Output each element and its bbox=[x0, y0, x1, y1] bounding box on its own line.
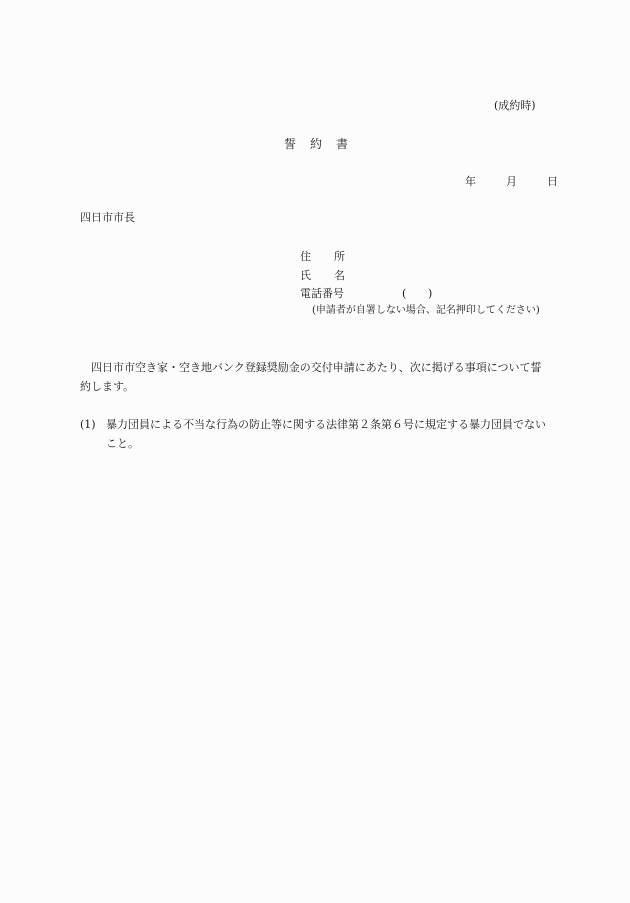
document-title: 誓約書 bbox=[284, 138, 348, 150]
timing-label: (成約時) bbox=[494, 100, 536, 111]
body-paragraph: 四日市市空き家・空き地バンク登録奨励金の交付申請にあたり、次に掲げる事項について… bbox=[80, 358, 550, 396]
address-label-1: 住 bbox=[300, 251, 311, 262]
title-char: 約 bbox=[310, 138, 322, 150]
name-label-1: 氏 bbox=[300, 270, 311, 281]
address-field: 住所 bbox=[300, 251, 345, 262]
year-label: 年 bbox=[465, 176, 476, 187]
addressee: 四日市市長 bbox=[80, 212, 135, 223]
name-label-2: 名 bbox=[334, 270, 345, 281]
title-char: 誓 bbox=[284, 138, 296, 150]
signature-note: (申請者が自署しない場合、記名押印してください) bbox=[312, 306, 540, 316]
title-char: 書 bbox=[336, 138, 348, 150]
phone-paren-open: ( bbox=[402, 288, 406, 299]
item-number: (1) bbox=[80, 415, 96, 434]
pledge-item: (1) 暴力団員による不当な行為の防止等に関する法律第２条第６号に規定する暴力団… bbox=[80, 415, 550, 453]
item-text: 暴力団員による不当な行為の防止等に関する法律第２条第６号に規定する暴力団員でない… bbox=[80, 415, 550, 453]
address-label-2: 所 bbox=[334, 251, 345, 262]
date-line: 年月日 bbox=[465, 176, 558, 187]
month-label: 月 bbox=[506, 176, 517, 187]
name-field: 氏名 bbox=[300, 270, 345, 281]
phone-label: 電話番号 bbox=[300, 288, 344, 299]
phone-paren-close: ) bbox=[428, 288, 432, 299]
day-label: 日 bbox=[547, 176, 558, 187]
